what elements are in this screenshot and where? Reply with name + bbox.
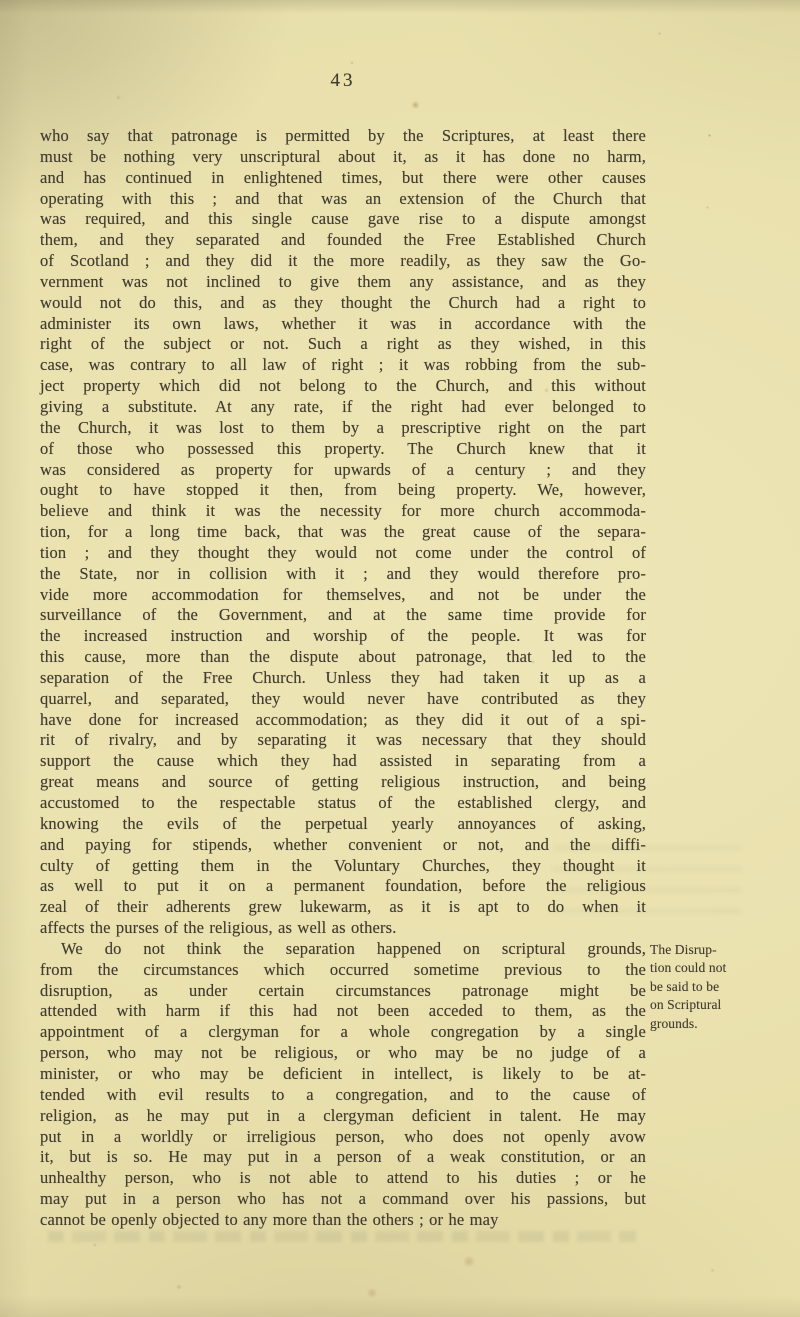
text-line: be said to be	[650, 978, 754, 996]
text-line: culty of getting them in the Voluntary C…	[40, 856, 646, 877]
text-line: would not do this, and as they thought t…	[40, 293, 646, 314]
foxing-spot	[366, 1288, 378, 1298]
text-line: We do not think the separation happened …	[40, 939, 646, 960]
text-line: right of the subject or not. Such a righ…	[40, 334, 646, 355]
text-line: disruption, as under certain circumstanc…	[40, 981, 646, 1002]
text-line: as well to put it on a permanent foundat…	[40, 876, 646, 897]
text-line: cannot be openly objected to any more th…	[40, 1210, 646, 1231]
scanned-book-page: 43 who say that patronage is permitted b…	[0, 0, 800, 1317]
text-line: religion, as he may put in a clergyman d…	[40, 1106, 646, 1127]
text-line: minister, or who may be deficient in int…	[40, 1064, 646, 1085]
text-line: operating with this ; and that was an ex…	[40, 189, 646, 210]
text-line: appointment of a clergyman for a whole c…	[40, 1022, 646, 1043]
paragraph-continuation: who say that patronage is permitted by t…	[40, 126, 646, 939]
text-line: quarrel, and separated, they would never…	[40, 689, 646, 710]
text-line: believe and think it was the necessity f…	[40, 501, 646, 522]
text-line: have done for increased accommodation; a…	[40, 710, 646, 731]
text-line: the Church, it was lost to them by a pre…	[40, 418, 646, 439]
text-line: of those who possessed this property. Th…	[40, 439, 646, 460]
text-line: rit of rivalry, and by separating it was…	[40, 730, 646, 751]
foxing-spot	[350, 61, 354, 65]
foxing-spot	[708, 134, 711, 137]
text-line: tion ; and they thought they would not c…	[40, 543, 646, 564]
text-line: tended with evil results to a congregati…	[40, 1085, 646, 1106]
foxing-spot	[116, 95, 121, 100]
text-line: person, who may not be religious, or who…	[40, 1043, 646, 1064]
text-line: vide more accommodation for themselves, …	[40, 585, 646, 606]
text-line: attended with harm if this had not been …	[40, 1001, 646, 1022]
text-line: separation of the Free Church. Unless th…	[40, 668, 646, 689]
foxing-spot	[658, 32, 661, 35]
text-line: this cause, more than the dispute about …	[40, 647, 646, 668]
text-line: giving a substitute. At any rate, if the…	[40, 397, 646, 418]
text-line: on Scriptural	[650, 996, 754, 1014]
text-line: put in a worldly or irreligious person, …	[40, 1127, 646, 1148]
text-line: surveillance of the Government, and at t…	[40, 605, 646, 626]
text-line: affects the purses of the religious, as …	[40, 918, 646, 939]
text-line: tion could not	[650, 959, 754, 977]
text-line: accustomed to the respectable status of …	[40, 793, 646, 814]
foxing-spot	[411, 101, 420, 109]
foxing-spot	[462, 1256, 476, 1267]
text-line: ought to have stopped it then, from bein…	[40, 480, 646, 501]
text-line: knowing the evils of the perpetual yearl…	[40, 814, 646, 835]
show-through-text-row	[48, 1231, 636, 1242]
foxing-spot	[706, 206, 709, 209]
text-line: ject property which did not belong to th…	[40, 376, 646, 397]
foxing-spot	[176, 1284, 182, 1290]
text-line: must be nothing very unscriptural about …	[40, 147, 646, 168]
text-line: from the circumstances which occurred so…	[40, 960, 646, 981]
text-line: the increased instruction and worship of…	[40, 626, 646, 647]
text-line: grounds.	[650, 1015, 754, 1033]
text-line: and paying for stipends, whether conveni…	[40, 835, 646, 856]
text-line: The Disrup-	[650, 941, 754, 959]
text-line: case, was contrary to all law of right ;…	[40, 355, 646, 376]
text-line: who say that patronage is permitted by t…	[40, 126, 646, 147]
text-line: the State, nor in collision with it ; an…	[40, 564, 646, 585]
text-line: zeal of their adherents grew lukewarm, a…	[40, 897, 646, 918]
text-line: support the cause which they had assiste…	[40, 751, 646, 772]
text-line: of Scotland ; and they did it the more r…	[40, 251, 646, 272]
page-number: 43	[40, 70, 646, 92]
foxing-spot	[710, 1268, 715, 1273]
text-line: tion, for a long time back, that was the…	[40, 522, 646, 543]
foxing-spot	[93, 1243, 97, 1247]
text-line: may put in a person who has not a comman…	[40, 1189, 646, 1210]
margin-note: The Disrup-tion could notbe said to beon…	[650, 941, 754, 1033]
text-line: was required, and this single cause gave…	[40, 209, 646, 230]
text-line: them, and they separated and founded the…	[40, 230, 646, 251]
text-line: unhealthy person, who is not able to att…	[40, 1168, 646, 1189]
body-text: who say that patronage is permitted by t…	[40, 126, 646, 1231]
text-line: it, but is so. He may put in a person of…	[40, 1147, 646, 1168]
paragraph-disruption: We do not think the separation happened …	[40, 939, 646, 1231]
text-line: administer its own laws, whether it was …	[40, 314, 646, 335]
text-line: was considered as property for upwards o…	[40, 460, 646, 481]
text-line: great means and source of getting religi…	[40, 772, 646, 793]
text-line: vernment was not inclined to give them a…	[40, 272, 646, 293]
text-line: and has continued in enlightened times, …	[40, 168, 646, 189]
